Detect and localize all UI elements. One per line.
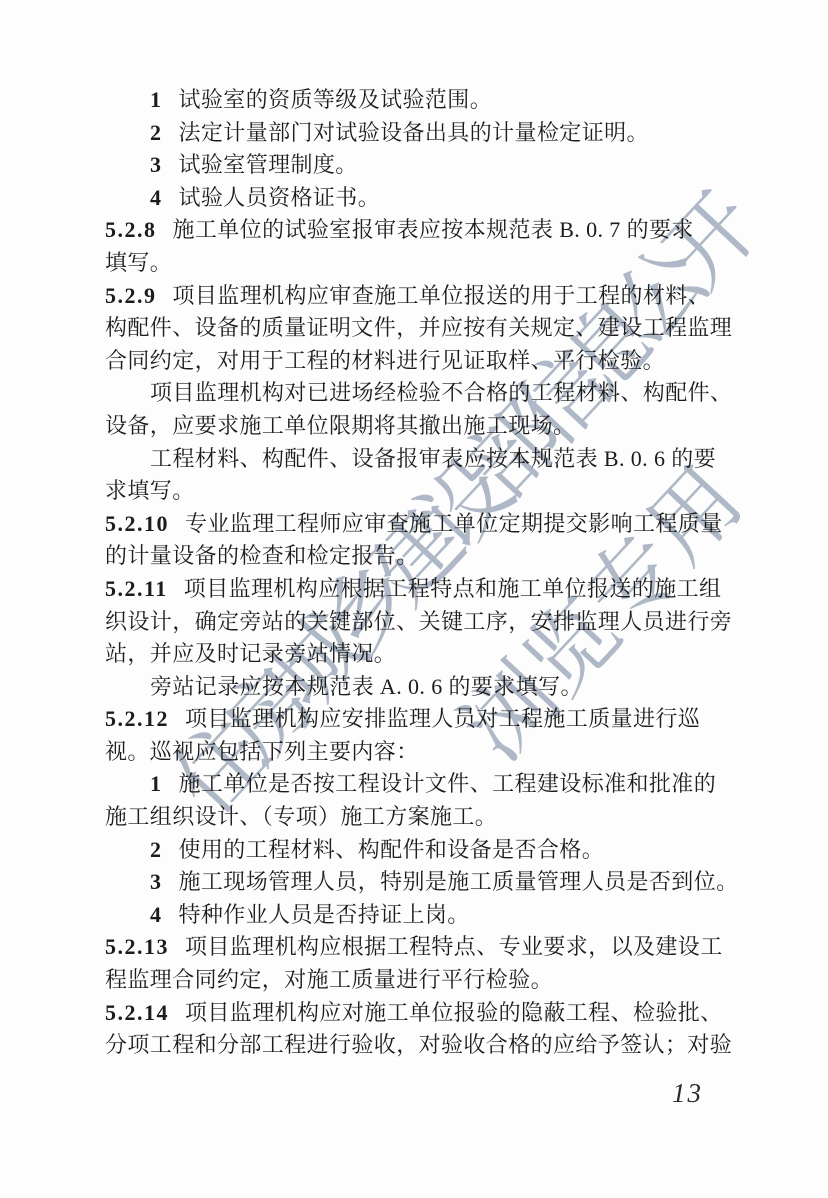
line-text: 项目监理机构应对施工单位报验的隐蔽工程、检验批、 — [185, 1000, 723, 1025]
text-line: 设备，应要求施工单位限期将其撤出施工现场。 — [105, 410, 753, 443]
line-text: 站，并应及时记录旁站情况。 — [105, 641, 396, 666]
text-line: 求填写。 — [105, 475, 753, 508]
line-text: 的计量设备的检查和检定报告。 — [105, 543, 419, 568]
text-line: 构配件、设备的质量证明文件，并应按有关规定、建设工程监理 — [105, 312, 753, 345]
line-prefix: 5.2.13 — [105, 934, 169, 959]
text-line: 施工组织设计、（专项）施工方案施工。 — [105, 801, 753, 834]
line-text: 施工单位的试验室报审表应按本规范表 B. 0. 7 的要求 — [173, 217, 694, 242]
page-number: 13 — [672, 1078, 722, 1109]
text-line: 3试验室管理制度。 — [105, 149, 753, 182]
text-line: 旁站记录应按本规范表 A. 0. 6 的要求填写。 — [105, 671, 753, 704]
line-text: 填写。 — [105, 250, 172, 275]
line-text: 视。巡视应包括下列主要内容： — [105, 739, 419, 764]
line-text: 程监理合同约定，对施工质量进行平行检验。 — [105, 967, 553, 992]
line-text: 施工现场管理人员，特别是施工质量管理人员是否到位。 — [179, 869, 739, 894]
line-prefix: 5.2.11 — [105, 576, 168, 601]
line-text: 施工单位是否按工程设计文件、工程建设标准和批准的 — [179, 771, 717, 796]
line-prefix: 1 — [150, 771, 163, 796]
line-text: 特种作业人员是否持证上岗。 — [179, 902, 470, 927]
text-line: 1施工单位是否按工程设计文件、工程建设标准和批准的 — [105, 768, 753, 801]
text-line: 织设计，确定旁站的关键部位、关键工序，安排监理人员进行旁 — [105, 606, 753, 639]
line-text: 项目监理机构应根据工程特点和施工单位报送的施工组 — [184, 576, 722, 601]
line-text: 构配件、设备的质量证明文件，并应按有关规定、建设工程监理 — [105, 315, 732, 340]
line-prefix: 2 — [150, 120, 163, 145]
text-line: 站，并应及时记录旁站情况。 — [105, 638, 753, 671]
line-text: 工程材料、构配件、设备报审表应按本规范表 B. 0. 6 的要 — [150, 446, 716, 471]
text-line: 5.2.10专业监理工程师应审查施工单位定期提交影响工程质量 — [105, 508, 753, 541]
line-text: 专业监理工程师应审查施工单位定期提交影响工程质量 — [185, 511, 723, 536]
line-text: 旁站记录应按本规范表 A. 0. 6 的要求填写。 — [150, 674, 583, 699]
text-line: 视。巡视应包括下列主要内容： — [105, 736, 753, 769]
text-line: 5.2.11项目监理机构应根据工程特点和施工单位报送的施工组 — [105, 573, 753, 606]
text-line: 5.2.12项目监理机构应安排监理人员对工程施工质量进行巡 — [105, 703, 753, 736]
text-line: 分项工程和分部工程进行验收，对验收合格的应给予签认；对验 — [105, 1029, 753, 1062]
text-line: 2法定计量部门对试验设备出具的计量检定证明。 — [105, 117, 753, 150]
text-line: 5.2.13项目监理机构应根据工程特点、专业要求，以及建设工 — [105, 931, 753, 964]
line-prefix: 1 — [150, 87, 163, 112]
line-text: 项目监理机构应安排监理人员对工程施工质量进行巡 — [185, 706, 700, 731]
text-line: 4特种作业人员是否持证上岗。 — [105, 899, 753, 932]
document-body: 1试验室的资质等级及试验范围。2法定计量部门对试验设备出具的计量检定证明。3试验… — [105, 84, 753, 1062]
line-prefix: 5.2.9 — [105, 283, 157, 308]
line-text: 求填写。 — [105, 478, 195, 503]
text-line: 项目监理机构对已进场经检验不合格的工程材料、构配件、 — [105, 377, 753, 410]
line-text: 使用的工程材料、构配件和设备是否合格。 — [179, 837, 605, 862]
text-line: 1试验室的资质等级及试验范围。 — [105, 84, 753, 117]
text-line: 程监理合同约定，对施工质量进行平行检验。 — [105, 964, 753, 997]
text-line: 5.2.14项目监理机构应对施工单位报验的隐蔽工程、检验批、 — [105, 997, 753, 1030]
line-text: 织设计，确定旁站的关键部位、关键工序，安排监理人员进行旁 — [105, 609, 732, 634]
text-line: 合同约定，对用于工程的材料进行见证取样、平行检验。 — [105, 345, 753, 378]
text-line: 4试验人员资格证书。 — [105, 182, 753, 215]
line-text: 设备，应要求施工单位限期将其撤出施工现场。 — [105, 413, 575, 438]
page: 住房城乡建设部信息公开 浏览专用 1试验室的资质等级及试验范围。2法定计量部门对… — [0, 0, 828, 1198]
line-text: 分项工程和分部工程进行验收，对验收合格的应给予签认；对验 — [105, 1032, 732, 1057]
line-text: 合同约定，对用于工程的材料进行见证取样、平行检验。 — [105, 348, 665, 373]
text-line: 的计量设备的检查和检定报告。 — [105, 540, 753, 573]
line-prefix: 5.2.12 — [105, 706, 169, 731]
text-line: 3施工现场管理人员，特别是施工质量管理人员是否到位。 — [105, 866, 753, 899]
line-prefix: 5.2.14 — [105, 1000, 169, 1025]
line-text: 法定计量部门对试验设备出具的计量检定证明。 — [179, 120, 649, 145]
text-line: 5.2.8施工单位的试验室报审表应按本规范表 B. 0. 7 的要求 — [105, 214, 753, 247]
line-prefix: 2 — [150, 837, 163, 862]
line-prefix: 3 — [150, 869, 163, 894]
line-prefix: 4 — [150, 185, 163, 210]
line-text: 项目监理机构对已进场经检验不合格的工程材料、构配件、 — [150, 380, 732, 405]
line-prefix: 5.2.10 — [105, 511, 169, 536]
line-text: 项目监理机构应根据工程特点、专业要求，以及建设工 — [185, 934, 723, 959]
text-line: 工程材料、构配件、设备报审表应按本规范表 B. 0. 6 的要 — [105, 443, 753, 476]
line-text: 试验人员资格证书。 — [179, 185, 381, 210]
line-text: 项目监理机构应审查施工单位报送的用于工程的材料、 — [173, 283, 711, 308]
text-line: 填写。 — [105, 247, 753, 280]
line-text: 施工组织设计、（专项）施工方案施工。 — [105, 804, 497, 829]
text-line: 2使用的工程材料、构配件和设备是否合格。 — [105, 834, 753, 867]
line-prefix: 5.2.8 — [105, 217, 157, 242]
line-prefix: 4 — [150, 902, 163, 927]
line-prefix: 3 — [150, 152, 163, 177]
text-line: 5.2.9项目监理机构应审查施工单位报送的用于工程的材料、 — [105, 280, 753, 313]
line-text: 试验室的资质等级及试验范围。 — [179, 87, 493, 112]
line-text: 试验室管理制度。 — [179, 152, 358, 177]
